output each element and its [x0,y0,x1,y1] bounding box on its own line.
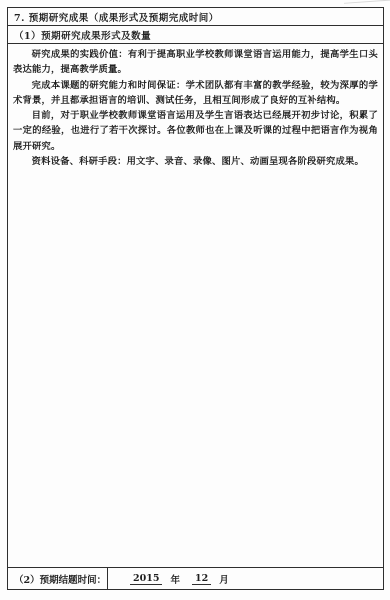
section-title-row: 7. 预期研究成果（成果形式及预期完成时间） [8,8,383,26]
scan-artifact [344,0,390,4]
document-page: 7. 预期研究成果（成果形式及预期完成时间） （1）预期研究成果形式及数量 研究… [0,0,390,600]
completion-month-value: 12 [192,573,211,585]
results-content-cell: 研究成果的实践价值：有利于提高职业学校教师课堂语言运用能力，提高学生口头表达能力… [8,44,383,567]
completion-time-value-cell: 2015 年 12 月 [108,568,383,589]
month-unit-label: 月 [219,572,229,586]
expected-results-table: 7. 预期研究成果（成果形式及预期完成时间） （1）预期研究成果形式及数量 研究… [7,7,384,590]
section-title: 7. 预期研究成果（成果形式及预期完成时间） [14,10,219,24]
completion-year-value: 2015 [130,573,162,585]
completion-time-row: （2）预期结题时间： 2015 年 12 月 [8,567,383,589]
year-unit-label: 年 [170,572,180,586]
subsection-form-quantity-title: （1）预期研究成果形式及数量 [14,28,151,42]
paragraph-practical-value: 研究成果的实践价值：有利于提高职业学校教师课堂语言运用能力，提高学生口头表达能力… [13,47,378,78]
paragraph-equipment-methods: 资料设备、科研手段：用文字、录音、录像、图片、动画呈现各阶段研究成果。 [13,154,378,169]
paragraph-current-progress: 目前，对于职业学校教师课堂语言运用及学生言语表达已经展开初步讨论，积累了一定的经… [13,108,378,154]
subsection-form-quantity-row: （1）预期研究成果形式及数量 [8,26,383,44]
paragraph-ability-time-guarantee: 完成本课题的研究能力和时间保证：学术团队都有丰富的教学经验，较为深厚的学术背景，… [13,78,378,109]
completion-time-label-cell: （2）预期结题时间： [8,568,108,589]
completion-time-label: （2）预期结题时间： [14,572,106,586]
